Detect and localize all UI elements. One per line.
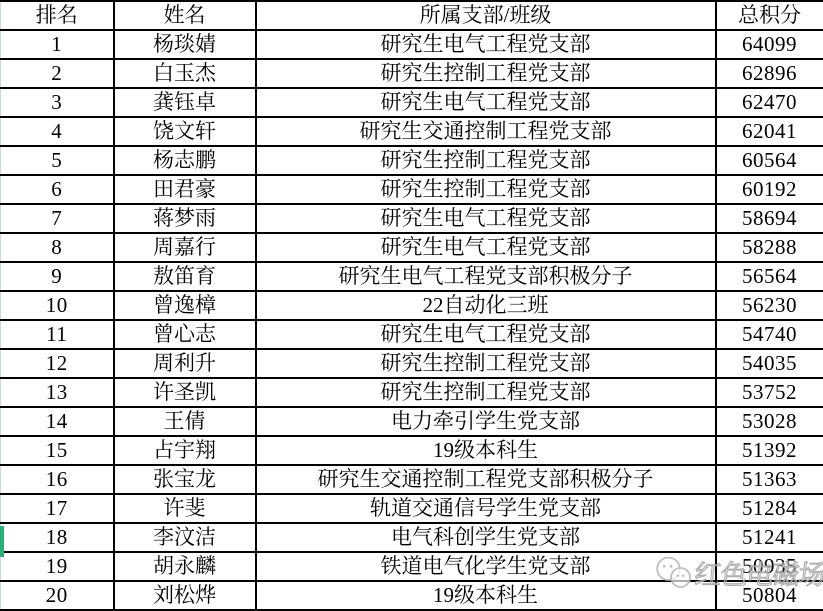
ranking-table-screenshot: 排名 姓名 所属支部/班级 总积分 1 杨琰婧 研究生电气工程党支部 64099…	[0, 0, 823, 611]
header-row: 排名 姓名 所属支部/班级 总积分	[1, 1, 823, 30]
score-cell: 56230	[716, 291, 823, 320]
branch-cell: 电力牵引学生党支部	[256, 407, 716, 436]
rank-cell: 16	[1, 465, 114, 494]
name-cell: 曾逸樟	[114, 291, 256, 320]
score-cell: 51363	[716, 465, 823, 494]
table-row: 17 许斐 轨道交通信号学生党支部 51284	[1, 494, 823, 523]
name-cell: 饶文轩	[114, 117, 256, 146]
table-row: 16 张宝龙 研究生交通控制工程党支部积极分子 51363	[1, 465, 823, 494]
score-cell: 58694	[716, 204, 823, 233]
branch-cell: 轨道交通信号学生党支部	[256, 494, 716, 523]
score-cell: 53028	[716, 407, 823, 436]
branch-cell: 电气科创学生党支部	[256, 523, 716, 552]
score-cell: 62896	[716, 59, 823, 88]
branch-cell: 19级本科生	[256, 436, 716, 465]
name-cell: 张宝龙	[114, 465, 256, 494]
header-name: 姓名	[114, 1, 256, 30]
name-cell: 蒋梦雨	[114, 204, 256, 233]
score-cell: 53752	[716, 378, 823, 407]
name-cell: 刘松烨	[114, 581, 256, 610]
branch-cell: 研究生交通控制工程党支部积极分子	[256, 465, 716, 494]
rank-cell: 7	[1, 204, 114, 233]
rank-cell: 2	[1, 59, 114, 88]
branch-cell: 研究生电气工程党支部	[256, 88, 716, 117]
score-cell: 50804	[716, 581, 823, 610]
ranking-table: 排名 姓名 所属支部/班级 总积分 1 杨琰婧 研究生电气工程党支部 64099…	[0, 0, 823, 611]
name-cell: 李汶洁	[114, 523, 256, 552]
score-cell: 51241	[716, 523, 823, 552]
branch-cell: 22自动化三班	[256, 291, 716, 320]
rank-cell: 14	[1, 407, 114, 436]
name-cell: 王倩	[114, 407, 256, 436]
name-cell: 周嘉行	[114, 233, 256, 262]
name-cell: 杨琰婧	[114, 30, 256, 59]
name-cell: 龚钰卓	[114, 88, 256, 117]
table-row: 9 敖笛育 研究生电气工程党支部积极分子 56564	[1, 262, 823, 291]
branch-cell: 研究生控制工程党支部	[256, 378, 716, 407]
name-cell: 胡永麟	[114, 552, 256, 581]
table-row: 3 龚钰卓 研究生电气工程党支部 62470	[1, 88, 823, 117]
rank-cell: 13	[1, 378, 114, 407]
table-row: 20 刘松烨 19级本科生 50804	[1, 581, 823, 610]
table-row: 19 胡永麟 铁道电气化学生党支部 50935	[1, 552, 823, 581]
branch-cell: 研究生交通控制工程党支部	[256, 117, 716, 146]
score-cell: 64099	[716, 30, 823, 59]
branch-cell: 研究生控制工程党支部	[256, 349, 716, 378]
score-cell: 62041	[716, 117, 823, 146]
rank-cell: 10	[1, 291, 114, 320]
score-cell: 50935	[716, 552, 823, 581]
branch-cell: 研究生电气工程党支部	[256, 320, 716, 349]
score-cell: 60192	[716, 175, 823, 204]
rank-cell: 8	[1, 233, 114, 262]
name-cell: 曾心志	[114, 320, 256, 349]
score-cell: 51392	[716, 436, 823, 465]
rank-cell: 9	[1, 262, 114, 291]
rank-cell: 18	[1, 523, 114, 552]
branch-cell: 研究生电气工程党支部	[256, 204, 716, 233]
table-row: 12 周利升 研究生控制工程党支部 54035	[1, 349, 823, 378]
rank-cell: 1	[1, 30, 114, 59]
branch-cell: 19级本科生	[256, 581, 716, 610]
rank-cell: 3	[1, 88, 114, 117]
table-row: 15 占宇翔 19级本科生 51392	[1, 436, 823, 465]
branch-cell: 研究生电气工程党支部	[256, 30, 716, 59]
branch-cell: 铁道电气化学生党支部	[256, 552, 716, 581]
name-cell: 周利升	[114, 349, 256, 378]
rank-cell: 12	[1, 349, 114, 378]
score-cell: 51284	[716, 494, 823, 523]
name-cell: 许圣凯	[114, 378, 256, 407]
table-row: 10 曾逸樟 22自动化三班 56230	[1, 291, 823, 320]
rank-cell: 15	[1, 436, 114, 465]
score-cell: 56564	[716, 262, 823, 291]
row-selection-indicator	[0, 526, 4, 557]
name-cell: 许斐	[114, 494, 256, 523]
header-branch: 所属支部/班级	[256, 1, 716, 30]
branch-cell: 研究生控制工程党支部	[256, 146, 716, 175]
table-row: 18 李汶洁 电气科创学生党支部 51241	[1, 523, 823, 552]
rank-cell: 5	[1, 146, 114, 175]
name-cell: 占宇翔	[114, 436, 256, 465]
score-cell: 62470	[716, 88, 823, 117]
header-rank: 排名	[1, 1, 114, 30]
table-row: 6 田君豪 研究生控制工程党支部 60192	[1, 175, 823, 204]
branch-cell: 研究生电气工程党支部	[256, 233, 716, 262]
rank-cell: 19	[1, 552, 114, 581]
name-cell: 杨志鹏	[114, 146, 256, 175]
table-row: 11 曾心志 研究生电气工程党支部 54740	[1, 320, 823, 349]
name-cell: 白玉杰	[114, 59, 256, 88]
table-row: 5 杨志鹏 研究生控制工程党支部 60564	[1, 146, 823, 175]
branch-cell: 研究生控制工程党支部	[256, 59, 716, 88]
table-row: 14 王倩 电力牵引学生党支部 53028	[1, 407, 823, 436]
branch-cell: 研究生控制工程党支部	[256, 175, 716, 204]
score-cell: 60564	[716, 146, 823, 175]
score-cell: 54740	[716, 320, 823, 349]
table-row: 8 周嘉行 研究生电气工程党支部 58288	[1, 233, 823, 262]
rank-cell: 11	[1, 320, 114, 349]
table-row: 7 蒋梦雨 研究生电气工程党支部 58694	[1, 204, 823, 233]
table-row: 13 许圣凯 研究生控制工程党支部 53752	[1, 378, 823, 407]
rank-cell: 6	[1, 175, 114, 204]
header-score: 总积分	[716, 1, 823, 30]
name-cell: 敖笛育	[114, 262, 256, 291]
score-cell: 54035	[716, 349, 823, 378]
table-row: 1 杨琰婧 研究生电气工程党支部 64099	[1, 30, 823, 59]
name-cell: 田君豪	[114, 175, 256, 204]
rank-cell: 20	[1, 581, 114, 610]
table-row: 2 白玉杰 研究生控制工程党支部 62896	[1, 59, 823, 88]
rank-cell: 17	[1, 494, 114, 523]
branch-cell: 研究生电气工程党支部积极分子	[256, 262, 716, 291]
score-cell: 58288	[716, 233, 823, 262]
table-row: 4 饶文轩 研究生交通控制工程党支部 62041	[1, 117, 823, 146]
rank-cell: 4	[1, 117, 114, 146]
